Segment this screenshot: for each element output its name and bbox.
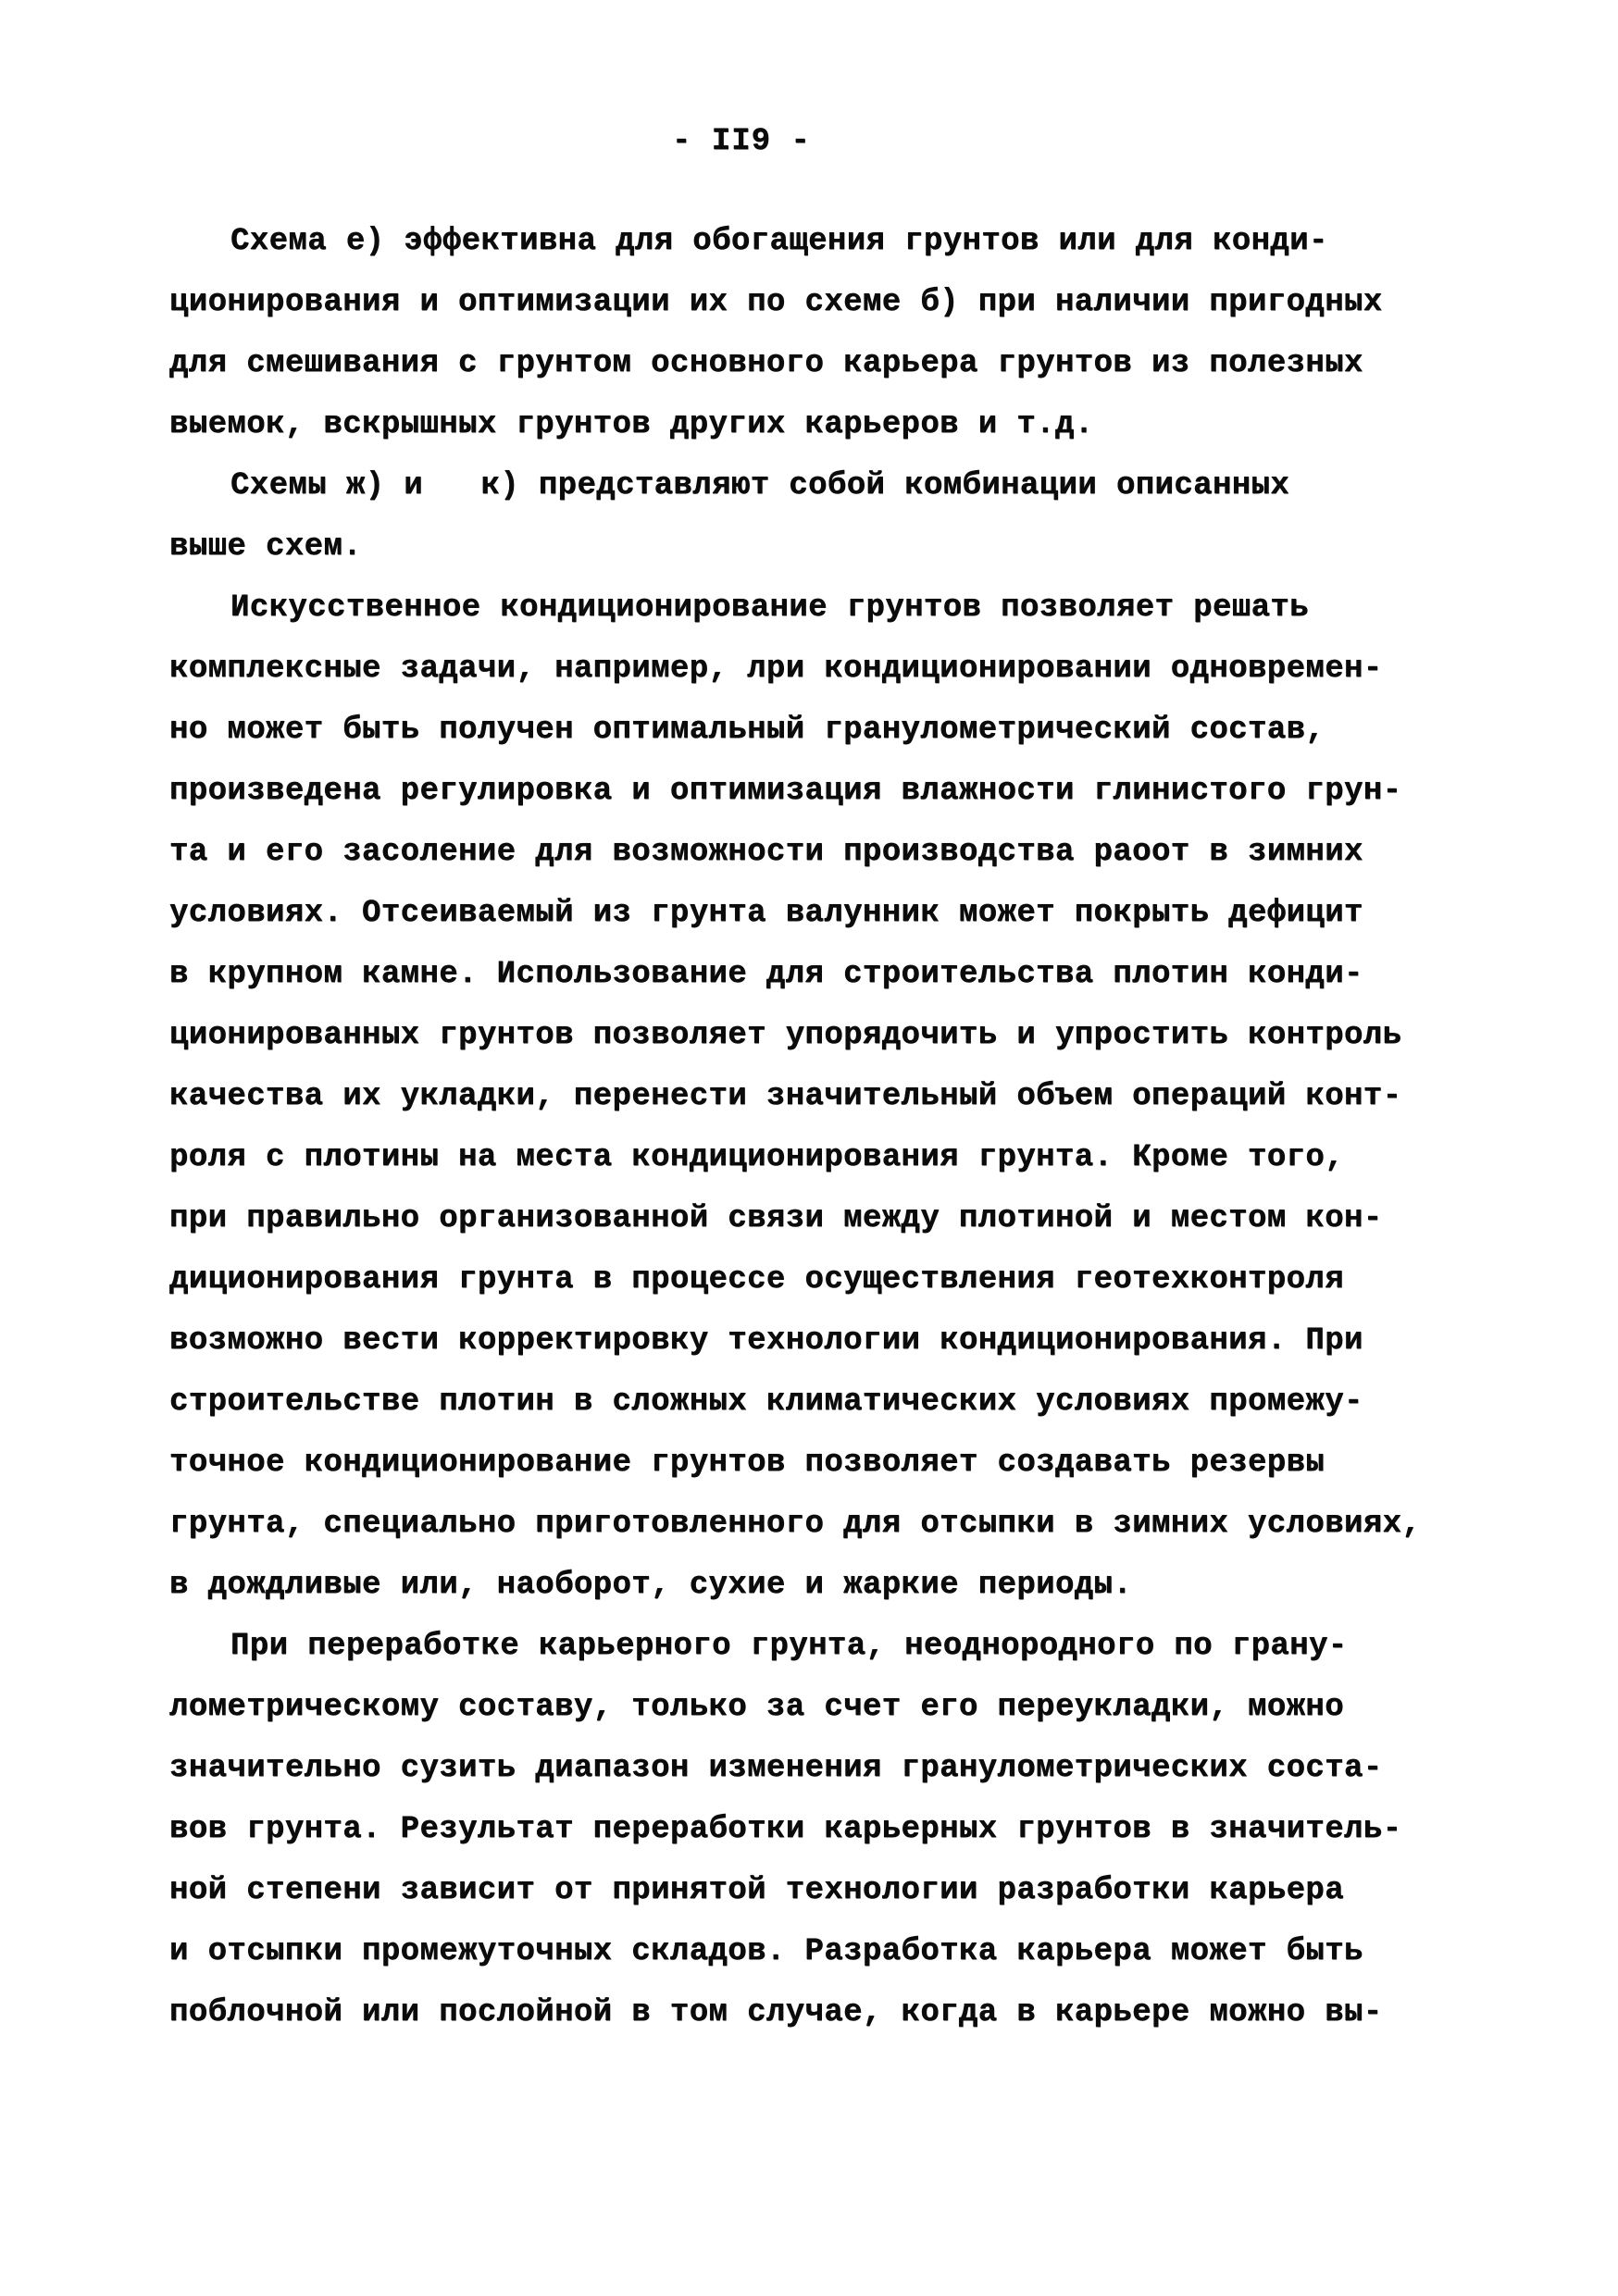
text-line: ной степени зависит от принятой технолог… (169, 1860, 1465, 1921)
text-line: Схема е) эффективна для обогащения грунт… (169, 211, 1465, 272)
text-line: Схемы ж) и к) представляют собой комбина… (169, 455, 1465, 516)
text-line: произведена регулировка и оптимизация вл… (169, 761, 1465, 822)
scanned-page: - II9 - Схема е) эффективна для обогащен… (0, 0, 1618, 2296)
text-line: диционирования грунта в процессе осущест… (169, 1249, 1465, 1310)
text-line: значительно сузить диапазон изменения гр… (169, 1738, 1465, 1799)
text-line: условиях. Отсеиваемый из грунта валунник… (169, 883, 1465, 944)
text-line: выемок, вскрышных грунтов других карьеро… (169, 394, 1465, 455)
text-line: точное кондиционирование грунтов позволя… (169, 1433, 1465, 1494)
text-line: и отсыпки промежуточных складов. Разрабо… (169, 1921, 1465, 1982)
text-line: в крупном камне. Использование для строи… (169, 944, 1465, 1005)
text-line: выше схем. (169, 516, 1465, 577)
text-line: комплексные задачи, например, лри кондиц… (169, 639, 1465, 700)
text-line: роля с плотины на места кондиционировани… (169, 1127, 1465, 1188)
text-line: для смешивания с грунтом основного карье… (169, 333, 1465, 394)
text-line: в дождливые или, наоборот, сухие и жарки… (169, 1555, 1465, 1616)
text-line: лометрическому составу, только за счет е… (169, 1677, 1465, 1738)
text-line: та и его засоление для возможности произ… (169, 822, 1465, 883)
text-line: вов грунта. Результат переработки карьер… (169, 1799, 1465, 1860)
document-body: Схема е) эффективна для обогащения грунт… (169, 211, 1465, 2043)
text-line: грунта, специально приготовленного для о… (169, 1494, 1465, 1555)
text-line: возможно вести корректировку технологии … (169, 1310, 1465, 1371)
text-line: Искусственное кондиционирование грунтов … (169, 577, 1465, 639)
text-line: поблочной или послойной в том случае, ко… (169, 1982, 1465, 2043)
text-line: строительстве плотин в сложных климатиче… (169, 1371, 1465, 1433)
text-line: при правильно организованной связи между… (169, 1188, 1465, 1249)
text-line: При переработке карьерного грунта, неодн… (169, 1616, 1465, 1677)
text-line: ционирования и оптимизации их по схеме б… (169, 272, 1465, 333)
text-line: но может быть получен оптимальный гранул… (169, 700, 1465, 761)
text-line: ционированных грунтов позволяет упорядоч… (169, 1005, 1465, 1066)
text-line: качества их укладки, перенести значитель… (169, 1066, 1465, 1127)
page-number: - II9 - (672, 124, 811, 159)
